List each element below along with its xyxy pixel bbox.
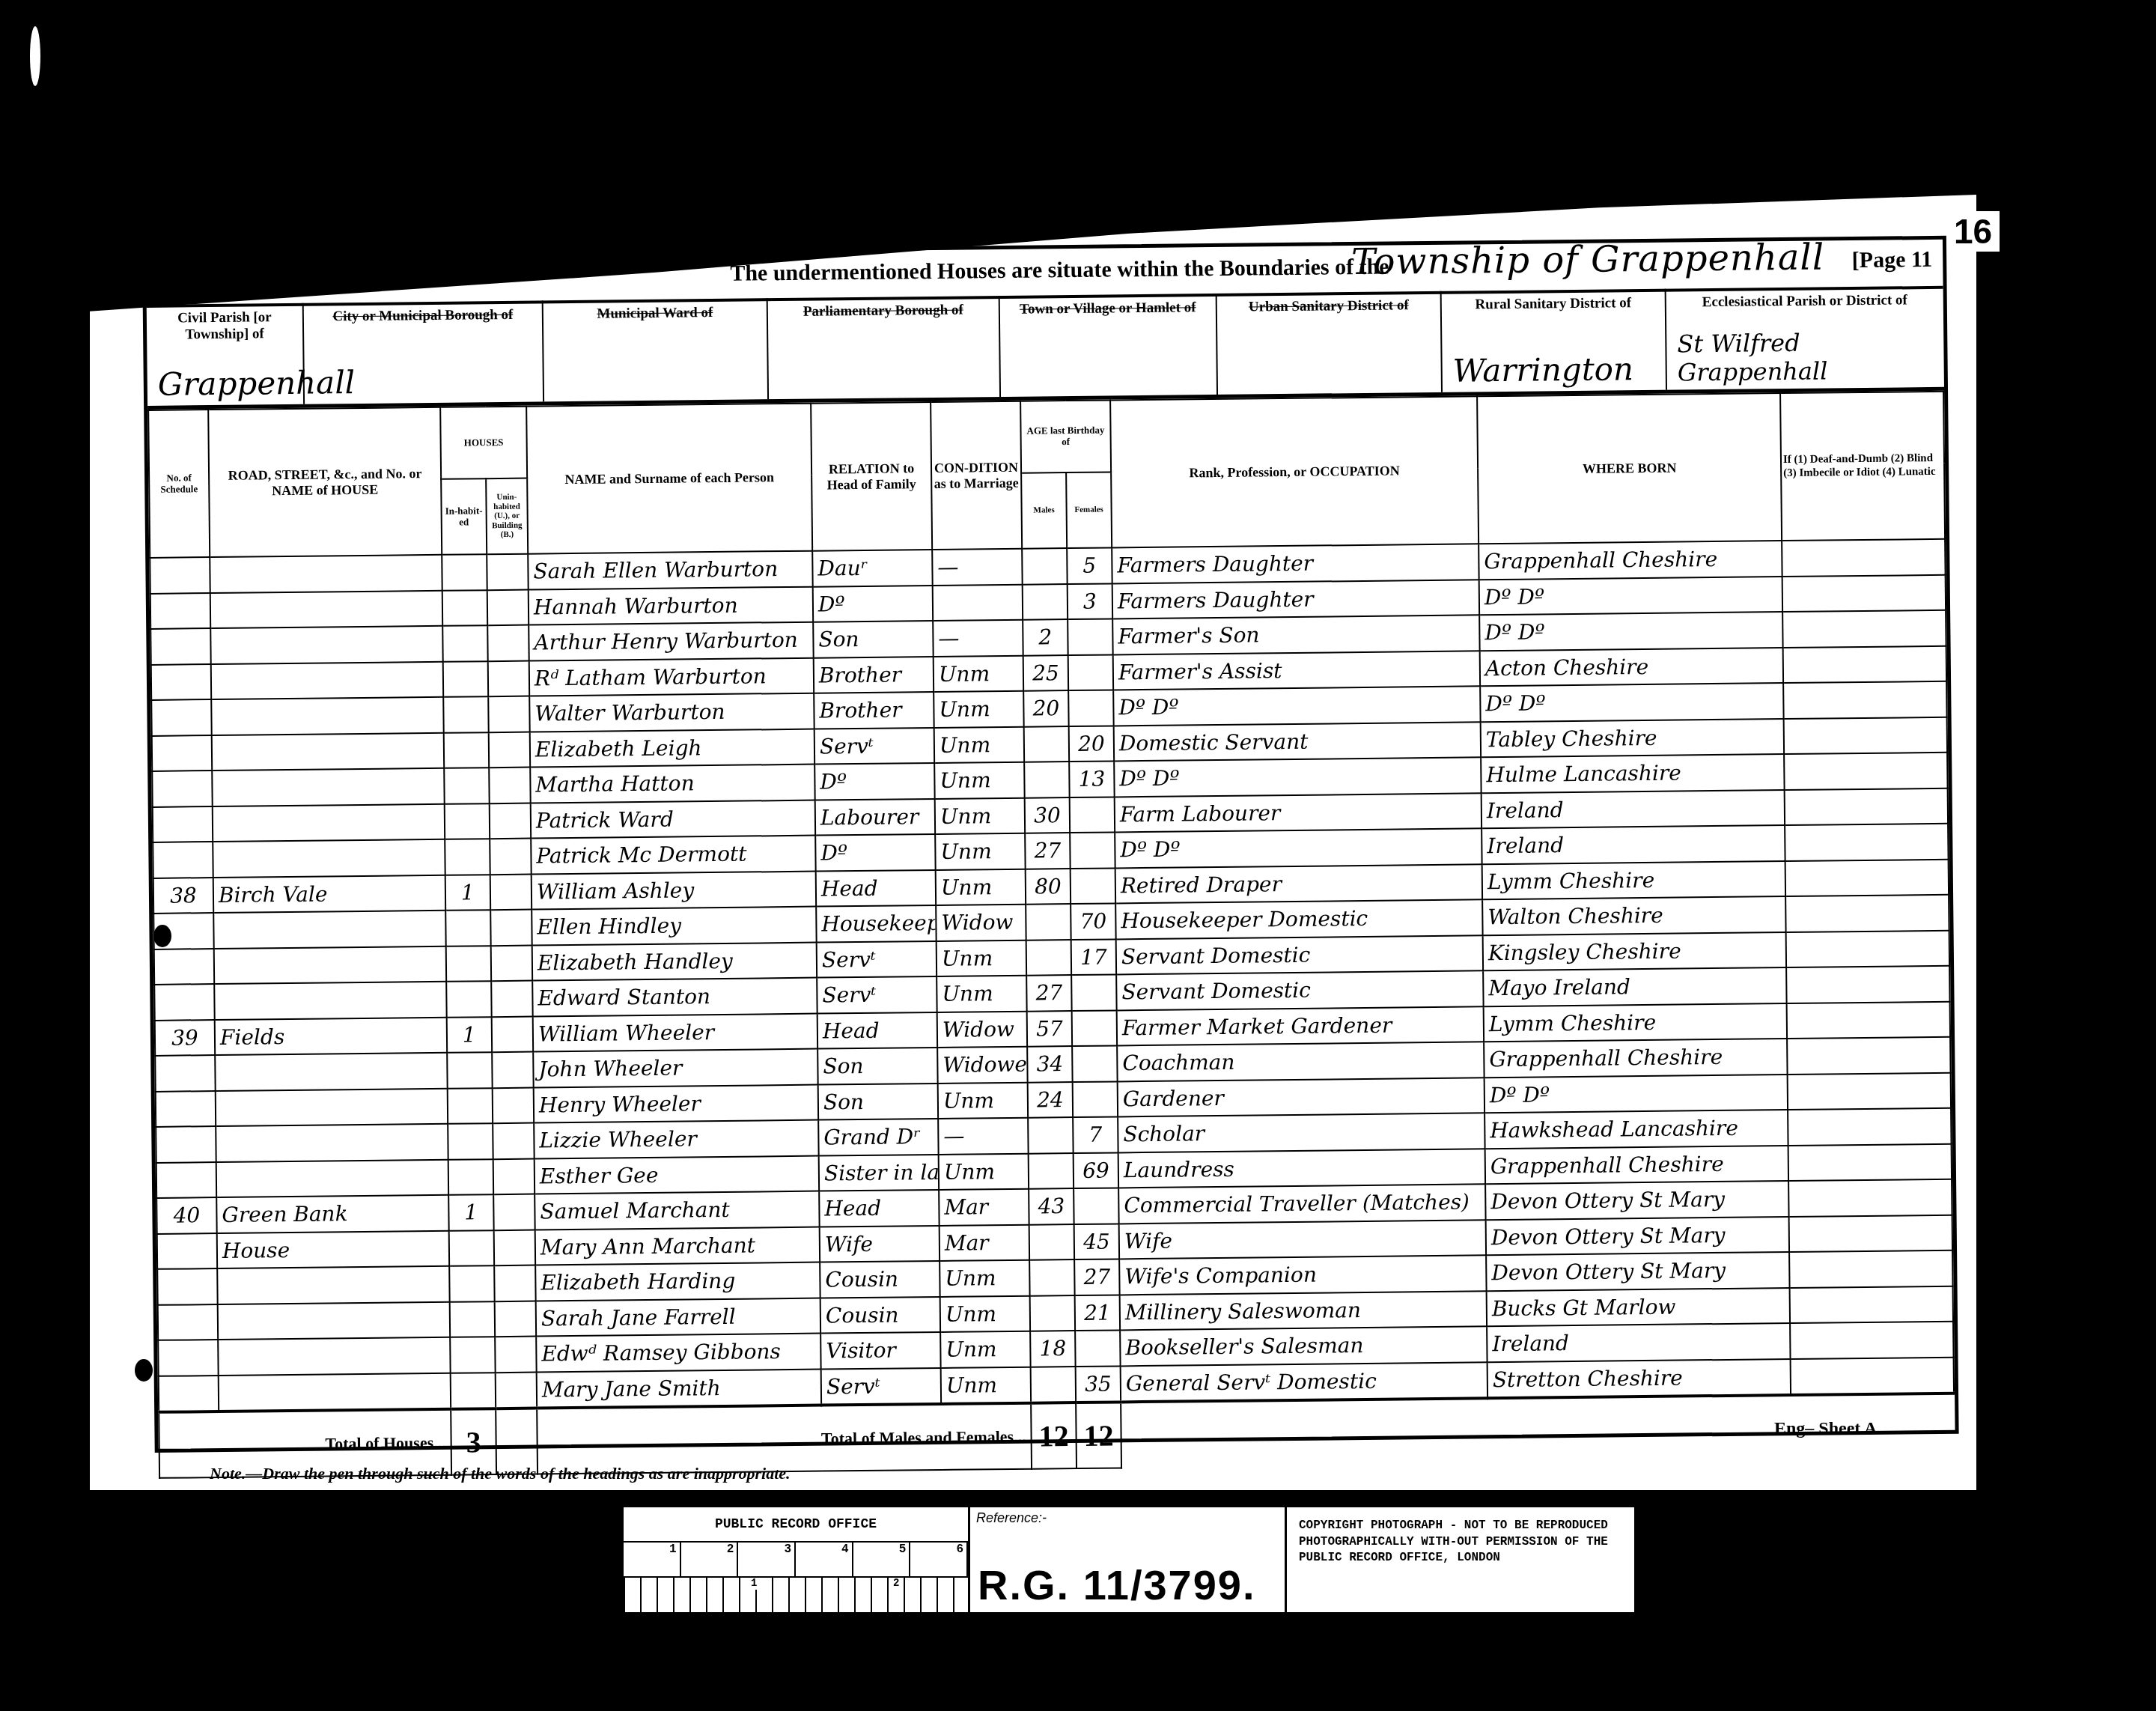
cell-condition: Unm [934, 726, 1024, 763]
geo-rural-sanitary: Rural Sanitary District of Warrington [1442, 289, 1667, 392]
cell-name: Mary Ann Marchant [535, 1227, 820, 1265]
cell-relation: Son [818, 1083, 938, 1119]
heading-note: Note.—Draw the pen through such of the w… [210, 1464, 791, 1483]
cell-relation: Servᵗ [817, 976, 937, 1013]
archive-label: PUBLIC RECORD OFFICE 1 2 3 4 5 6 1 2 Ref… [621, 1505, 1636, 1614]
cell-male: 30 [1025, 797, 1070, 833]
cell-female [1072, 1010, 1117, 1046]
cell-condition: Widow [937, 1011, 1027, 1048]
cell-male: 20 [1023, 690, 1068, 726]
cell-male [1023, 584, 1068, 620]
pro-ruler: 1 2 3 4 5 6 [624, 1543, 968, 1578]
cell-female: 17 [1071, 939, 1116, 975]
cell-schedule [150, 628, 210, 664]
cell-infirm [1788, 1108, 1951, 1146]
cell-infirm [1785, 859, 1949, 896]
cell-unin [496, 1372, 538, 1408]
cell-name: Esther Gee [535, 1155, 819, 1194]
cell-relation: Son [813, 621, 933, 657]
cell-name: Patrick Mc Dermott [531, 836, 815, 874]
cell-female: 35 [1076, 1366, 1121, 1402]
page-label: [Page 11 [1852, 247, 1933, 273]
col-infirmity: If (1) Deaf-and-Dumb (2) Blind (3) Imbec… [1780, 392, 1945, 541]
col-uninhabited: Unin-habited (U.), or Building (B.) [486, 478, 528, 555]
cell-occupation: Coachman [1117, 1042, 1484, 1081]
eng-sheet-label: Eng– Sheet A [1774, 1419, 1877, 1439]
film-mark [30, 26, 40, 86]
cell-condition: Unm [940, 1331, 1030, 1368]
cell-road [212, 732, 444, 771]
cell-infirm [1786, 966, 1949, 1003]
cell-occupation: Servant Domestic [1116, 935, 1483, 975]
cell-condition: Unm [939, 1153, 1029, 1190]
cell-occupation: Wife's Companion [1119, 1255, 1486, 1295]
geography-header: Civil Parish [or Township] of Grappenhal… [147, 286, 1944, 410]
cell-infirm [1790, 1322, 1953, 1359]
cell-schedule: 38 [153, 878, 213, 914]
cell-infirm [1783, 645, 1946, 683]
cell-occupation: Servant Domestic [1116, 970, 1483, 1010]
cell-unin [493, 1123, 534, 1159]
cell-inh: 1 [447, 1017, 492, 1053]
cell-born: Dº Dº [1479, 577, 1782, 616]
cell-male [1026, 940, 1071, 976]
cell-relation: Servᵗ [817, 940, 937, 977]
total-males: 12 [1031, 1402, 1077, 1469]
col-road: ROAD, STREET, &c., and No. or NAME of HO… [208, 407, 442, 557]
cell-infirm [1785, 788, 1948, 825]
pro-ruler-panel: PUBLIC RECORD OFFICE 1 2 3 4 5 6 1 2 [624, 1507, 970, 1612]
cell-unin [490, 839, 531, 875]
cell-occupation: Farmers Daughter [1112, 580, 1479, 619]
cell-female [1071, 868, 1115, 904]
geo-parliamentary-borough: Parliamentary Borough of [768, 296, 1001, 399]
cell-infirm [1789, 1250, 1952, 1288]
cell-male: 18 [1030, 1331, 1075, 1367]
cell-relation: Head [819, 1190, 939, 1227]
cell-schedule [151, 664, 211, 700]
cell-born: Dº Dº [1480, 683, 1783, 722]
cell-male [1024, 762, 1069, 797]
cell-relation: Head [816, 869, 936, 906]
cell-name: Arthur Henry Warburton [529, 622, 813, 660]
cell-road [215, 1053, 447, 1091]
cell-relation: Cousin [820, 1261, 940, 1298]
cell-relation: Sister in law [819, 1154, 939, 1191]
cell-unin [493, 1194, 535, 1230]
cell-female: 69 [1074, 1152, 1118, 1188]
pro-scale: 1 2 [624, 1578, 968, 1612]
cell-condition: Unm [938, 1082, 1028, 1119]
geo-municipal-ward: Municipal Ward of [543, 298, 769, 401]
cell-born: Ireland [1482, 825, 1785, 864]
cell-relation: Dº [815, 834, 935, 871]
cell-male [1026, 904, 1071, 940]
cell-condition: Unm [936, 869, 1026, 905]
cell-infirm [1791, 1357, 1954, 1395]
cell-name: Elizabeth Leigh [530, 729, 814, 767]
cell-schedule [157, 1268, 217, 1304]
cell-female [1068, 619, 1112, 654]
cell-unin [489, 732, 530, 768]
cell-occupation: General Servᵗ Domestic [1121, 1362, 1487, 1402]
cell-inh: 1 [448, 1194, 493, 1230]
cell-relation: Brother [814, 692, 934, 729]
col-condition: CON-DITION as to Marriage [931, 401, 1022, 550]
cell-male [1022, 548, 1067, 584]
cell-infirm [1784, 717, 1947, 754]
copyright-notice: COPYRIGHT PHOTOGRAPH - NOT TO BE REPRODU… [1287, 1507, 1634, 1612]
cell-born: Grappenhall Cheshire [1484, 1039, 1787, 1078]
cell-schedule [152, 735, 212, 771]
cell-schedule [156, 1162, 216, 1198]
cell-inh [444, 732, 489, 768]
cell-schedule [150, 593, 210, 629]
cell-born: Grappenhall Cheshire [1485, 1146, 1788, 1185]
cell-male: 24 [1028, 1082, 1073, 1118]
cell-born: Acton Cheshire [1480, 648, 1783, 687]
cell-relation: Servᵗ [821, 1367, 941, 1405]
cell-born: Devon Ottery St Mary [1486, 1252, 1789, 1291]
cell-male: 80 [1026, 869, 1071, 905]
cell-infirm [1785, 824, 1948, 861]
cell-infirm [1790, 1286, 1953, 1323]
col-occupation: Rank, Profession, or OCCUPATION [1110, 396, 1479, 547]
cell-schedule [157, 1233, 217, 1269]
cell-name: William Wheeler [533, 1013, 817, 1051]
cell-unin [491, 945, 532, 981]
cell-unin [493, 1087, 534, 1123]
cell-female [1070, 797, 1115, 833]
cell-inh [445, 803, 490, 839]
cell-road [214, 946, 446, 984]
cell-inh [446, 981, 491, 1017]
cell-male: 57 [1027, 1011, 1072, 1047]
cell-unin [491, 981, 532, 1017]
cell-road [218, 1337, 450, 1376]
cell-inh [448, 1088, 493, 1124]
cell-unin [495, 1301, 536, 1337]
cell-road [213, 839, 445, 878]
cell-inh [446, 946, 491, 982]
cell-relation: Wife [820, 1225, 940, 1262]
cell-relation: Housekeeper [816, 905, 936, 942]
cell-unin [493, 1158, 535, 1194]
cell-occupation: Bookseller's Salesman [1120, 1326, 1487, 1366]
cell-infirm [1782, 610, 1946, 648]
cell-occupation: Farmer's Assist [1113, 651, 1480, 690]
cell-schedule [158, 1340, 218, 1376]
cell-male: 27 [1025, 833, 1070, 869]
cell-female [1075, 1330, 1120, 1366]
cell-name: Ellen Hindley [532, 907, 816, 945]
cell-condition: Mar [939, 1189, 1029, 1226]
cell-name: Patrick Ward [531, 800, 815, 838]
cell-inh [450, 1301, 495, 1337]
cell-road [212, 768, 444, 806]
cell-schedule [154, 949, 214, 985]
cell-unin [487, 554, 528, 590]
cell-relation: Labourer [815, 798, 935, 835]
cell-born: Bucks Gt Marlow [1487, 1288, 1790, 1327]
cell-male [1029, 1259, 1074, 1295]
cell-occupation: Farm Labourer [1115, 793, 1482, 833]
col-females: Females [1066, 472, 1112, 548]
cell-road [210, 590, 442, 628]
cell-inh [448, 1123, 493, 1159]
cell-female [1071, 974, 1116, 1010]
cell-female: 13 [1069, 761, 1114, 797]
cell-occupation: Domestic Servant [1114, 722, 1481, 762]
cell-inh: 1 [445, 875, 490, 911]
cell-name: Samuel Marchant [535, 1191, 819, 1230]
cell-road [218, 1301, 450, 1340]
cell-schedule [150, 557, 210, 593]
cell-born: Kingsley Cheshire [1483, 932, 1786, 971]
punch-hole [135, 1359, 153, 1382]
geo-civil-parish: Civil Parish [or Township] of Grappenhal… [147, 303, 305, 406]
cell-male [1029, 1153, 1074, 1189]
col-inhabited: In-habit-ed [441, 478, 487, 555]
pro-reference: Reference:- R.G. 11/3799. [970, 1507, 1287, 1612]
cell-road [217, 1266, 449, 1304]
cell-born: Lymm Cheshire [1484, 1003, 1787, 1042]
census-form: The undermentioned Houses are situate wi… [142, 236, 1959, 1453]
cell-condition: — [932, 549, 1022, 586]
census-table: No. of Schedule ROAD, STREET, &c., and N… [147, 391, 1955, 1449]
cell-condition: Unm [934, 655, 1023, 692]
cell-occupation: Housekeeper Domestic [1115, 899, 1482, 939]
cell-condition: Widow [936, 905, 1026, 941]
cell-relation: Dº [813, 585, 933, 622]
cell-relation: Son [817, 1048, 937, 1084]
col-relation: RELATION to Head of Family [811, 402, 932, 551]
cell-inh [445, 910, 490, 946]
cell-unin [487, 589, 529, 625]
reference-number: R.G. 11/3799. [978, 1560, 1256, 1609]
cell-unin [488, 660, 529, 696]
cell-road [214, 982, 446, 1020]
cell-infirm [1786, 930, 1949, 967]
title-text: The undermentioned Houses are situate wi… [730, 255, 1389, 287]
cell-infirm [1787, 1037, 1950, 1075]
cell-road [211, 661, 443, 699]
cell-road [216, 1124, 448, 1162]
cell-schedule: 40 [156, 1197, 216, 1233]
cell-born: Dº Dº [1484, 1075, 1788, 1113]
cell-born: Hulme Lancashire [1481, 754, 1784, 793]
cell-infirm [1787, 1001, 1950, 1039]
cell-road [211, 697, 443, 735]
col-males: Males [1021, 472, 1067, 549]
cell-male [1024, 726, 1069, 762]
cell-name: Elizabeth Harding [535, 1262, 820, 1301]
cell-road [213, 911, 445, 949]
cell-occupation: Dº Dº [1113, 686, 1480, 726]
cell-relation: Dº [814, 763, 934, 800]
geo-town-village: Town or Village or Hamlet of [1000, 294, 1218, 397]
cell-name: Sarah Jane Farrell [536, 1298, 820, 1336]
cell-unin [487, 625, 529, 661]
cell-inh [442, 625, 487, 661]
cell-male [1029, 1224, 1074, 1260]
cell-unin [488, 696, 529, 732]
cell-schedule [155, 1055, 215, 1091]
cell-unin [494, 1265, 535, 1301]
cell-condition: Mar [940, 1224, 1029, 1261]
cell-condition: Unm [934, 762, 1024, 799]
cell-condition: — [938, 1118, 1028, 1155]
cell-born: Hawkshead Lancashire [1484, 1110, 1788, 1149]
sheet-number: 16 [1946, 211, 2000, 252]
cell-road [219, 1373, 451, 1411]
cell-occupation: Scholar [1118, 1113, 1484, 1152]
cell-female [1068, 690, 1113, 726]
cell-name: Mary Jane Smith [537, 1369, 821, 1408]
cell-occupation: Farmer Market Gardener [1117, 1006, 1484, 1046]
cell-occupation: Laundress [1118, 1149, 1485, 1188]
cell-condition: Unm [935, 833, 1025, 870]
cell-born: Lymm Cheshire [1482, 861, 1785, 900]
cell-inh [450, 1337, 495, 1373]
cell-inh [444, 768, 489, 803]
cell-infirm [1782, 574, 1946, 612]
cell-inh [448, 1159, 493, 1195]
cell-occupation: Dº Dº [1114, 757, 1481, 797]
cell-name: Edward Stanton [532, 978, 817, 1016]
geo-city-borough: City or Municipal Borough of [304, 300, 544, 404]
cell-female: 7 [1073, 1116, 1118, 1152]
col-houses: HOUSES [440, 407, 527, 479]
cell-name: Lizzie Wheeler [534, 1120, 818, 1158]
col-age: AGE last Birthday of [1020, 400, 1111, 472]
cell-name: Walter Warburton [529, 693, 814, 732]
cell-unin [492, 1016, 533, 1052]
cell-relation: Head [817, 1012, 937, 1048]
cell-infirm [1788, 1072, 1951, 1110]
cell-schedule [153, 842, 213, 878]
col-where-born: WHERE BORN [1477, 393, 1782, 544]
cell-condition: Unm [937, 940, 1026, 976]
cell-born: Walton Cheshire [1482, 896, 1785, 935]
cell-born: Devon Ottery St Mary [1486, 1217, 1789, 1256]
col-schedule: No. of Schedule [148, 410, 210, 558]
cell-born: Devon Ottery St Mary [1485, 1181, 1788, 1220]
cell-occupation: Gardener [1118, 1078, 1484, 1117]
cell-female: 3 [1068, 583, 1112, 619]
cell-occupation: Commercial Traveller (Matches) [1118, 1184, 1485, 1224]
cell-occupation: Farmers Daughter [1112, 544, 1479, 583]
cell-male: 43 [1029, 1188, 1074, 1224]
cell-name: Sarah Ellen Warburton [528, 551, 812, 589]
cell-infirm [1789, 1215, 1952, 1252]
cell-road [213, 803, 445, 842]
punch-hole [153, 925, 171, 947]
cell-unin [490, 803, 531, 839]
cell-male: 2 [1023, 619, 1068, 655]
cell-female: 45 [1074, 1224, 1119, 1259]
cell-name: Elizabeth Handley [532, 942, 817, 980]
cell-infirm [1784, 753, 1947, 790]
cell-road: Green Bank [216, 1195, 448, 1233]
cell-road: Fields [215, 1017, 447, 1055]
cell-male: 34 [1027, 1046, 1072, 1082]
cell-relation: Dauʳ [812, 550, 932, 586]
cell-condition: Unm [934, 691, 1023, 728]
cell-schedule [151, 699, 211, 735]
cell-female [1072, 1045, 1117, 1081]
cell-infirm [1782, 539, 1945, 577]
cell-female: 27 [1074, 1259, 1119, 1295]
cell-schedule [156, 1091, 216, 1127]
cell-occupation: Millinery Saleswoman [1120, 1291, 1487, 1331]
cell-inh [449, 1230, 494, 1266]
cell-female [1068, 654, 1113, 690]
cell-schedule [156, 1126, 216, 1162]
cell-inh [449, 1265, 494, 1301]
total-females: 12 [1076, 1402, 1121, 1468]
cell-inh [445, 839, 490, 875]
cell-schedule: 39 [155, 1020, 215, 1056]
cell-female: 21 [1075, 1295, 1120, 1331]
cell-inh [442, 554, 487, 590]
cell-name: Rᵈ Latham Warburton [529, 657, 814, 696]
cell-born: Ireland [1482, 790, 1785, 829]
cell-name: William Ashley [532, 871, 816, 909]
cell-condition: Unm [935, 797, 1025, 834]
cell-female: 20 [1069, 726, 1114, 762]
cell-born: Dº Dº [1479, 612, 1782, 651]
cell-unin [489, 768, 530, 803]
cell-unin [495, 1337, 536, 1373]
geo-urban-sanitary: Urban Sanitary District of [1217, 291, 1443, 395]
cell-inh [447, 1052, 492, 1088]
cell-name: Henry Wheeler [534, 1084, 818, 1122]
cell-occupation: Wife [1119, 1220, 1486, 1259]
cell-name: John Wheeler [533, 1049, 817, 1087]
cell-road [216, 1159, 448, 1197]
pro-office: PUBLIC RECORD OFFICE [624, 1507, 968, 1543]
cell-infirm [1788, 1143, 1952, 1181]
cell-schedule [153, 806, 213, 842]
cell-male [1028, 1117, 1073, 1153]
cell-born: Grappenhall Cheshire [1479, 541, 1782, 580]
cell-born: Ireland [1487, 1323, 1790, 1362]
cell-male: 27 [1026, 975, 1071, 1011]
cell-infirm [1788, 1179, 1952, 1217]
cell-condition: Widower [937, 1047, 1027, 1084]
cell-female: 70 [1071, 903, 1115, 939]
cell-relation: Brother [814, 656, 934, 693]
cell-female: 5 [1067, 547, 1112, 583]
cell-occupation: Farmer's Son [1112, 615, 1479, 654]
cell-schedule [158, 1304, 218, 1340]
geo-ecclesiastical-parish: Ecclesiastical Parish or District of St … [1666, 286, 1944, 390]
cell-road [210, 626, 442, 664]
cell-relation: Cousin [820, 1296, 940, 1333]
census-rows: Sarah Ellen WarburtonDauʳ—5Farmers Daugh… [150, 539, 1954, 1412]
title-handwritten: Township of Grappenhall [1351, 236, 1824, 283]
cell-name: Martha Hatton [530, 765, 814, 803]
cell-condition: Unm [941, 1367, 1032, 1404]
cell-name: Hannah Warburton [529, 586, 813, 624]
cell-relation: Servᵗ [814, 727, 934, 764]
cell-female [1074, 1188, 1118, 1224]
cell-occupation: Retired Draper [1115, 864, 1482, 904]
cell-schedule [152, 771, 212, 806]
cell-schedule [154, 984, 214, 1020]
cell-road [210, 555, 442, 593]
